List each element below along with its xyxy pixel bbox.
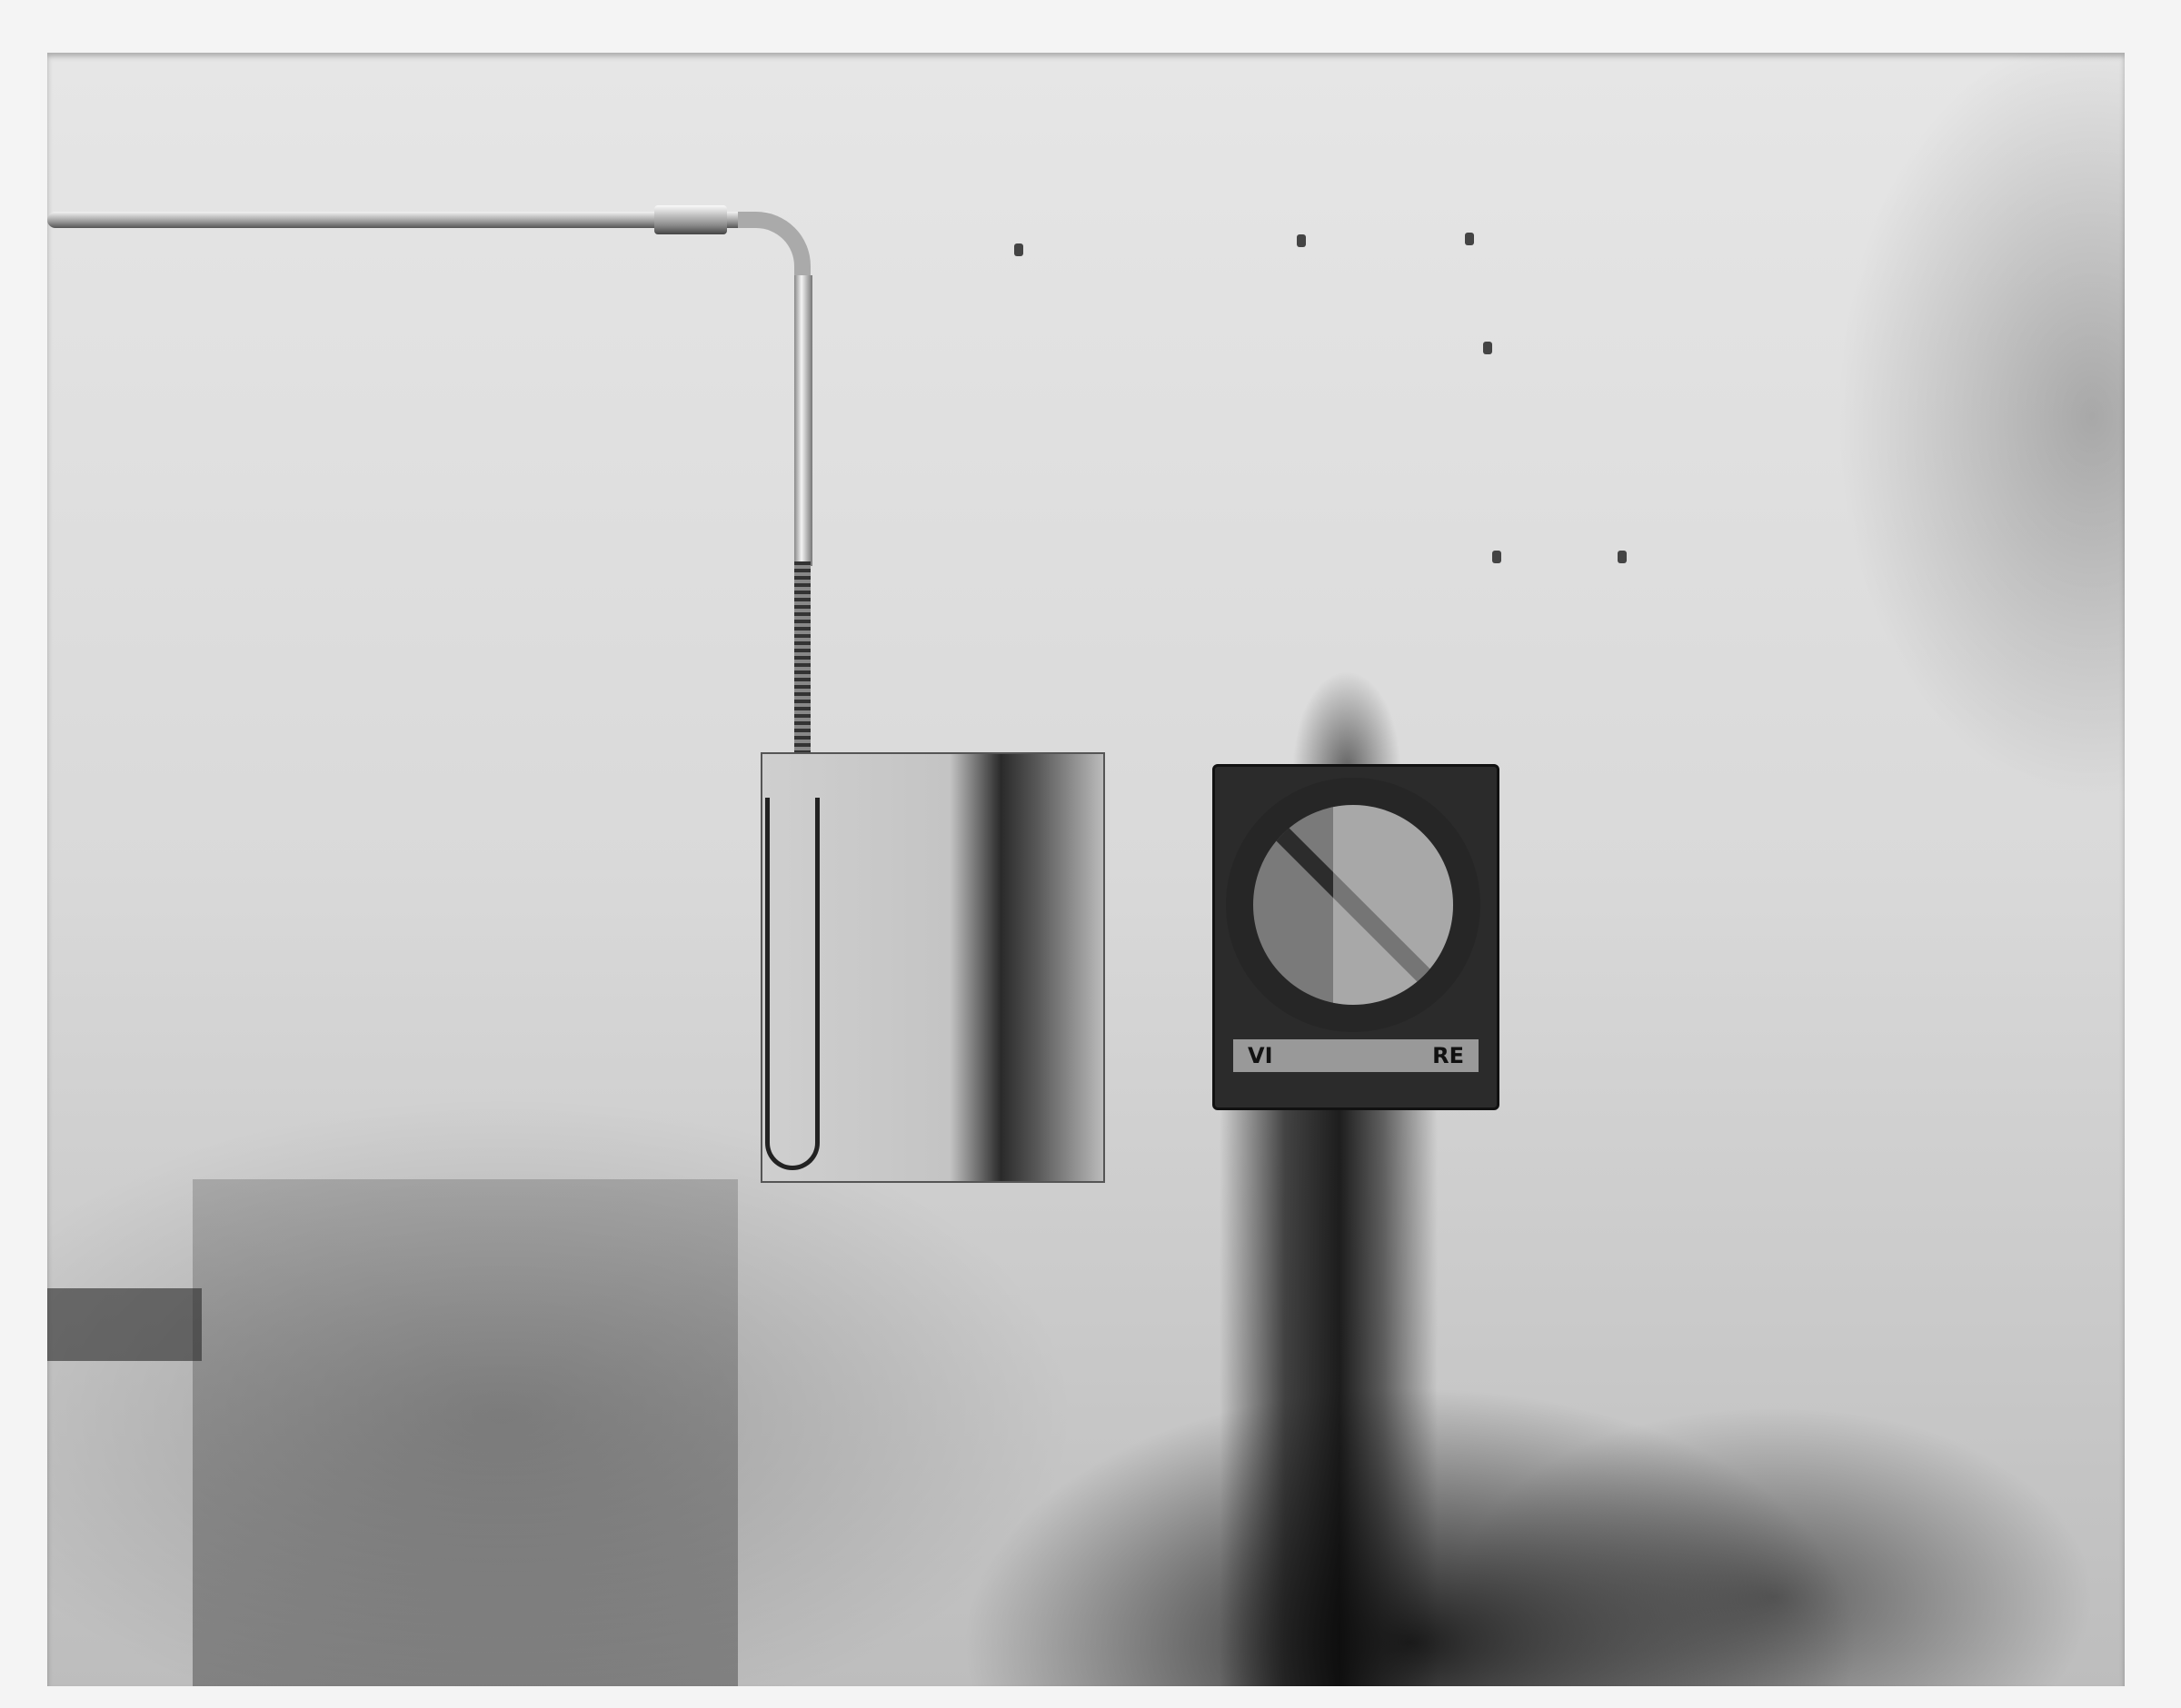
conduit-pipe-vertical: [794, 275, 812, 566]
sign-text-right: RE: [1432, 1043, 1464, 1068]
no-entry-icon: [1226, 778, 1480, 1032]
photograph: VI RE: [47, 53, 2125, 1686]
wall-bolt: [1492, 551, 1501, 563]
sign-text-left: VI: [1248, 1043, 1273, 1068]
wall-stain: [193, 1179, 738, 1686]
pipe-elbow: [738, 212, 811, 284]
hanging-cable-loop: [765, 798, 820, 1170]
wall-bolt: [1618, 551, 1627, 563]
wall-bolt: [1014, 243, 1023, 256]
exposed-brick: [47, 1288, 202, 1361]
prohibition-sign: VI RE: [1212, 764, 1499, 1110]
soot-drip: [1220, 1097, 1438, 1686]
pipe-coupling: [654, 205, 727, 234]
wall-bolt: [1483, 342, 1492, 354]
wall-bolt: [1297, 234, 1306, 247]
wall-bolt: [1465, 233, 1474, 245]
sign-text: VI RE: [1233, 1039, 1479, 1072]
